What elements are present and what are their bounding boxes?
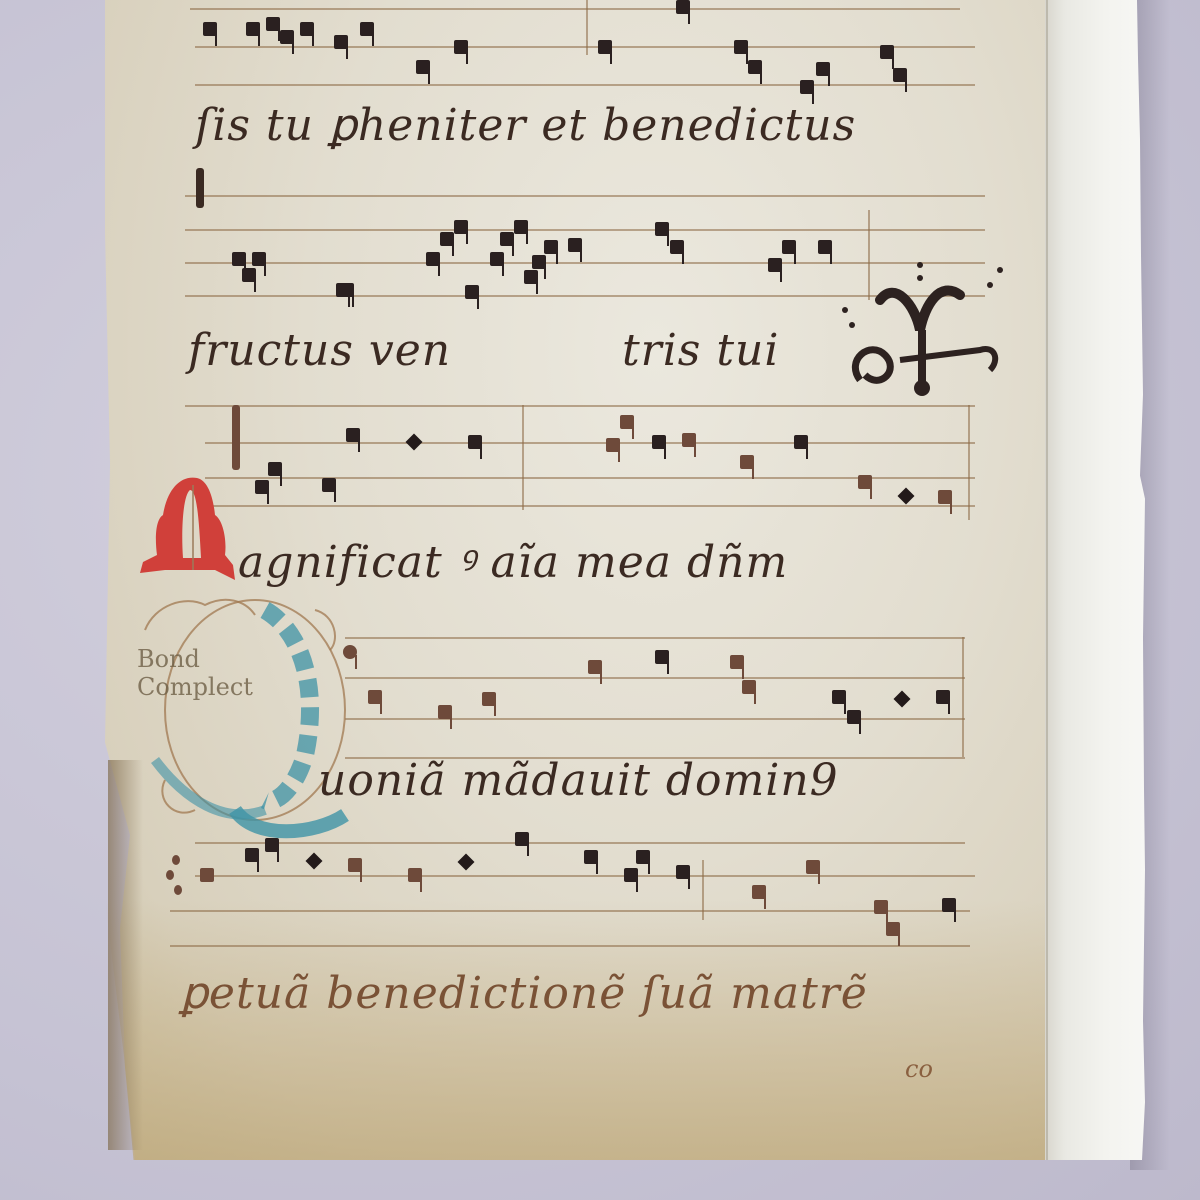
- lyric-line-5: ꝑetuã benedictionẽ ſuã matrẽ: [180, 968, 868, 1019]
- water-stain: [105, 900, 1055, 1160]
- rubricated-initial-m-icon: [135, 470, 240, 585]
- stamp-line-1: Bond: [137, 645, 253, 673]
- stamp-line-2: Complect: [137, 673, 253, 701]
- decorative-flourish-icon: [840, 260, 1010, 400]
- collector-stamp: Bond Complect: [137, 645, 253, 701]
- lyric-line-1: ſis tu ꝑheniter et benedictus: [195, 100, 856, 151]
- lyric-line-2b: tris tui: [622, 325, 779, 376]
- lyric-line-3: agnificat ꝰ aĩa mea dñm: [238, 530, 788, 590]
- lyric-line-4: uoniã mãdauit domin9: [318, 755, 839, 806]
- lyric-line-2a: fructus ven: [188, 325, 451, 376]
- fold-line: [1046, 0, 1048, 1160]
- paper-margin-strip: [1045, 0, 1145, 1160]
- catchword: co: [905, 1055, 933, 1083]
